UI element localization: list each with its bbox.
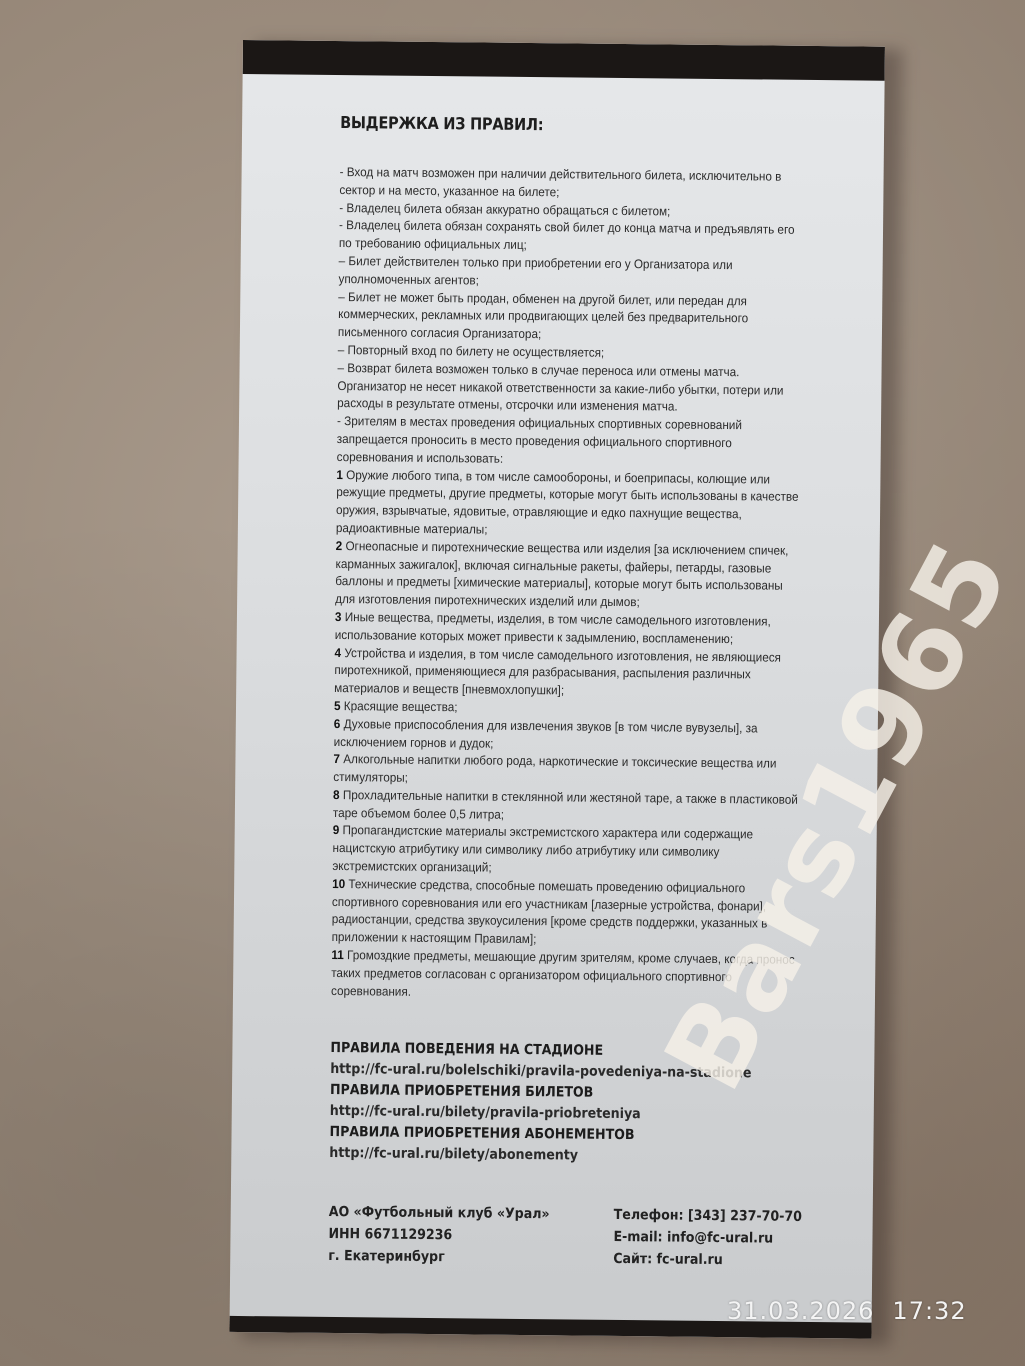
prohibited-item: 10 Технические средства, способные помеш… bbox=[332, 876, 798, 952]
item-text: Пропагандистские материалы экстремистско… bbox=[332, 824, 753, 875]
item-text: Технические средства, способные помешать… bbox=[332, 877, 768, 946]
company-city: г. Екатеринбург bbox=[328, 1245, 549, 1269]
rules-title: ВЫДЕРЖКА ИЗ ПРАВИЛ: bbox=[340, 113, 754, 136]
rules-links: ПРАВИЛА ПОВЕДЕНИЯ НА СТАДИОНЕ http://fc-… bbox=[329, 1038, 753, 1168]
rule-item: – Билет действителен только при приобрет… bbox=[338, 253, 803, 293]
prohibited-item: 8 Прохладительные напитки в стеклянной и… bbox=[333, 787, 798, 827]
item-number: 10 bbox=[332, 877, 345, 891]
rule-item: – Возврат билета возможен только в случа… bbox=[337, 360, 803, 418]
timestamp-date: 31.03.2026 bbox=[727, 1297, 874, 1325]
item-number: 1 bbox=[336, 468, 343, 482]
contact-email: E-mail: info@fc-ural.ru bbox=[614, 1226, 802, 1250]
item-number: 7 bbox=[333, 752, 340, 766]
item-text: Иные вещества, предметы, изделия, в том … bbox=[335, 610, 771, 646]
item-number: 6 bbox=[334, 717, 341, 731]
company-inn: ИНН 6671129236 bbox=[328, 1223, 549, 1247]
item-number: 4 bbox=[335, 646, 342, 660]
rules-text: - Вход на матч возможен при наличии дейс… bbox=[331, 164, 805, 1005]
item-text: Красящие вещества; bbox=[344, 699, 458, 714]
item-text: Оружие любого типа, в том числе самообор… bbox=[336, 468, 799, 537]
ticket-top-stripe bbox=[243, 40, 885, 81]
timestamp-time: 17:32 bbox=[892, 1297, 966, 1325]
rule-item: - Владелец билета обязан сохранять свой … bbox=[339, 217, 804, 257]
contact-phone: Телефон: [343] 237-70-70 bbox=[614, 1204, 802, 1228]
contact-info: Телефон: [343] 237-70-70 E-mail: info@fc… bbox=[614, 1204, 803, 1272]
item-number: 3 bbox=[335, 610, 342, 624]
rule-item: – Билет не может быть продан, обменен на… bbox=[338, 289, 804, 347]
item-number: 5 bbox=[334, 699, 341, 713]
company-info: АО «Футбольный клуб «Урал» ИНН 667112923… bbox=[328, 1201, 550, 1269]
item-text: Прохладительные напитки в стеклянной или… bbox=[333, 788, 798, 821]
item-number: 11 bbox=[331, 948, 344, 962]
item-number: 8 bbox=[333, 788, 340, 802]
link-season-ticket-rules[interactable]: http://fc-ural.ru/bilety/abonementy bbox=[329, 1143, 752, 1168]
item-text: Громоздкие предметы, мешающие другим зри… bbox=[331, 948, 795, 998]
prohibited-item: 1 Оружие любого типа, в том числе самооб… bbox=[336, 467, 802, 543]
rules-section: ВЫДЕРЖКА ИЗ ПРАВИЛ: - Вход на матч возмо… bbox=[329, 113, 810, 1169]
prohibited-item: 6 Духовые приспособления для извлечения … bbox=[334, 716, 799, 756]
ticket-back: ВЫДЕРЖКА ИЗ ПРАВИЛ: - Вход на матч возмо… bbox=[229, 40, 884, 1339]
prohibited-item: 11 Громоздкие предметы, мешающие другим … bbox=[331, 947, 797, 1005]
item-number: 2 bbox=[336, 539, 343, 553]
item-number: 9 bbox=[333, 823, 340, 837]
item-text: Устройства и изделия, в том числе самоде… bbox=[334, 646, 781, 698]
item-text: Огнеопасные и пиротехнические вещества и… bbox=[335, 539, 788, 609]
rule-item: - Зрителям в местах проведения официальн… bbox=[337, 413, 803, 471]
prohibited-item: 2 Огнеопасные и пиротехнические вещества… bbox=[335, 538, 801, 614]
prohibited-item: 7 Алкогольные напитки любого рода, нарко… bbox=[333, 751, 798, 791]
item-text: Алкогольные напитки любого рода, наркоти… bbox=[333, 752, 776, 784]
rule-item: - Вход на матч возможен при наличии дейс… bbox=[339, 164, 804, 204]
item-text: Духовые приспособления для извлечения зв… bbox=[334, 717, 758, 750]
prohibited-item: 4 Устройства и изделия, в том числе само… bbox=[334, 645, 800, 703]
photo-timestamp: 31.03.202617:32 bbox=[727, 1297, 967, 1325]
prohibited-item: 3 Иные вещества, предметы, изделия, в то… bbox=[335, 609, 800, 649]
ticket-footer: АО «Футбольный клуб «Урал» ИНН 667112923… bbox=[328, 1201, 799, 1272]
prohibited-item: 9 Пропагандистские материалы экстремистс… bbox=[332, 822, 798, 880]
contact-site: Сайт: fc-ural.ru bbox=[614, 1248, 802, 1272]
company-name: АО «Футбольный клуб «Урал» bbox=[329, 1201, 550, 1225]
